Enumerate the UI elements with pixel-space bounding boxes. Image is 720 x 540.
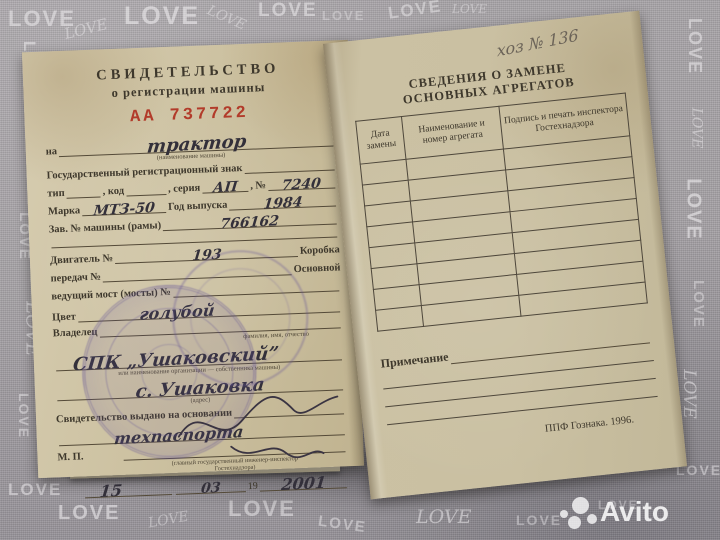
field-label: тип <box>47 188 65 200</box>
field-label: Коробка <box>300 244 340 257</box>
avito-logo-dot <box>568 516 581 529</box>
fabric-love-word: LOVE <box>679 369 699 419</box>
fabric-love-word: LOVE <box>124 2 200 31</box>
field-label: передач № <box>50 272 101 285</box>
handwriting-number: 7240 <box>281 177 321 193</box>
handwriting-month: 03 <box>200 481 221 496</box>
field-label: , № <box>250 180 266 192</box>
field-label: на <box>46 146 58 157</box>
field-label: Основной <box>293 262 340 275</box>
fabric-love-word: LOVE <box>684 18 705 75</box>
field-label: Марка <box>48 205 81 217</box>
handwriting-color: голубой <box>139 303 216 323</box>
field-label: Год выпуска <box>168 200 228 213</box>
avito-label: Avito <box>600 496 669 528</box>
handwriting-day: 15 <box>99 483 123 500</box>
handwriting-series: АП <box>212 180 238 195</box>
handwriting-engine-number: 193 <box>191 248 222 264</box>
year-prefix: 19 <box>248 481 258 492</box>
field-label: , серия <box>168 183 201 195</box>
field-label: Цвет <box>52 312 76 324</box>
fabric-love-word: LOVE <box>688 108 704 149</box>
handwriting-brand: МТЗ-50 <box>93 201 156 218</box>
replacements-table: Дата замены Наименование и номер агрегат… <box>355 92 648 331</box>
handwriting-factory-number: 766162 <box>220 214 280 231</box>
certificate-left-page: СВИДЕТЕЛЬСТВО о регистрации машины АА 73… <box>22 40 364 478</box>
fabric-love-word: LOVE <box>16 393 32 439</box>
fabric-love-word: LOVE <box>322 8 365 23</box>
field-label: , код <box>102 186 124 198</box>
table-empty-cell <box>376 306 424 332</box>
fabric-love-word: LOVE <box>682 178 705 240</box>
fabric-love-word: LOVE <box>452 2 487 16</box>
avito-logo-dot <box>587 514 597 524</box>
avito-logo-dot <box>572 497 589 514</box>
fabric-love-word: LOVE <box>690 280 707 329</box>
goznak-footer: ППФ Гознака. 1996. <box>544 414 634 434</box>
table-header-date: Дата замены <box>356 117 406 165</box>
left-page-content: СВИДЕТЕЛЬСТВО о регистрации машины АА 73… <box>42 51 347 470</box>
serial-number: АА 737722 <box>44 100 335 130</box>
handwriting-year-value: 2001 <box>280 475 326 494</box>
right-page-content: хоз № 136 СВЕДЕНИЯ О ЗАМЕНЕ ОСНОВНЫХ АГР… <box>348 21 665 489</box>
handwriting-farm-number: хоз № 136 <box>496 25 579 60</box>
handwriting-year: 1984 <box>262 195 302 211</box>
certificate-right-page: хоз № 136 СВЕДЕНИЯ О ЗАМЕНЕ ОСНОВНЫХ АГР… <box>323 11 687 500</box>
field-label: Владелец <box>53 327 98 340</box>
avito-logo-dot <box>560 510 568 518</box>
avito-watermark: Avito <box>556 494 706 534</box>
field-label: М. П. <box>57 451 83 463</box>
inspector-signature <box>171 386 354 479</box>
fabric-love-word: LOVE <box>258 0 318 22</box>
